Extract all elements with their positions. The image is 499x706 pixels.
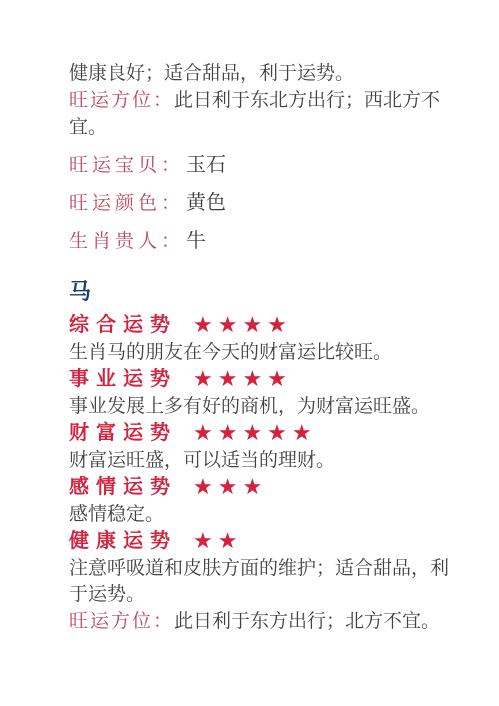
fortune-article: 健康良好；适合甜品，利于运势。 旺运方位：此日利于东北方出行；西北方不宜。 旺运… xyxy=(0,0,499,706)
lucky-item-row: 生肖贵人：牛 xyxy=(69,228,459,255)
fortune-category-label: 事业运势 xyxy=(69,368,177,390)
fortune-category-label: 感情运势 xyxy=(69,476,177,498)
fortune-description: 事业发展上多有好的商机，为财富运旺盛。 xyxy=(69,394,459,421)
fortune-row: 综合运势★★★★ xyxy=(69,312,459,340)
fortune-description: 生肖马的朋友在今天的财富运比较旺。 xyxy=(69,340,459,367)
zodiac-heading: 马 xyxy=(69,281,459,303)
lucky-item-row: 旺运颜色：黄色 xyxy=(69,190,459,217)
direction-note: 旺运方位：此日利于东北方出行；西北方不宜。 xyxy=(69,87,459,141)
lucky-item-label: 旺运颜色： xyxy=(69,193,184,214)
fortune-row: 健康运势★★ xyxy=(69,528,459,556)
lucky-item-label: 生肖贵人： xyxy=(69,231,184,252)
star-rating: ★★★★ xyxy=(193,367,292,392)
lucky-item-label: 旺运宝贝： xyxy=(69,155,184,176)
fortune-list: 综合运势★★★★ 生肖马的朋友在今天的财富运比较旺。 事业运势★★★★ 事业发展… xyxy=(69,312,459,635)
fortune-row: 感情运势★★★ xyxy=(69,474,459,502)
fortune-description: 感情稳定。 xyxy=(69,502,459,529)
fortune-row: 财富运势★★★★★ xyxy=(69,420,459,448)
star-rating: ★★★★ xyxy=(193,313,292,338)
fortune-description: 财富运旺盛，可以适当的理财。 xyxy=(69,448,459,475)
star-rating: ★★★★★ xyxy=(193,421,317,446)
lucky-item-value: 牛 xyxy=(186,230,206,252)
star-rating: ★★ xyxy=(193,529,242,554)
direction-label: 旺运方位： xyxy=(69,611,174,632)
direction-text: 此日利于东方出行；北方不宜。 xyxy=(174,611,440,632)
direction-note: 旺运方位：此日利于东方出行；北方不宜。 xyxy=(69,609,459,636)
lucky-item-row: 旺运宝贝：玉石 xyxy=(69,152,459,179)
lucky-item-value: 黄色 xyxy=(186,192,226,214)
health-note: 健康良好；适合甜品，利于运势。 xyxy=(69,60,459,87)
fortune-category-label: 财富运势 xyxy=(69,422,177,444)
fortune-row: 事业运势★★★★ xyxy=(69,366,459,394)
fortune-description: 注意呼吸道和皮肤方面的维护；适合甜品，利于运势。 xyxy=(69,556,459,609)
direction-label: 旺运方位： xyxy=(69,90,174,111)
lucky-item-value: 玉石 xyxy=(186,154,226,176)
star-rating: ★★★ xyxy=(193,475,267,500)
fortune-category-label: 健康运势 xyxy=(69,530,177,552)
fortune-category-label: 综合运势 xyxy=(69,314,177,336)
